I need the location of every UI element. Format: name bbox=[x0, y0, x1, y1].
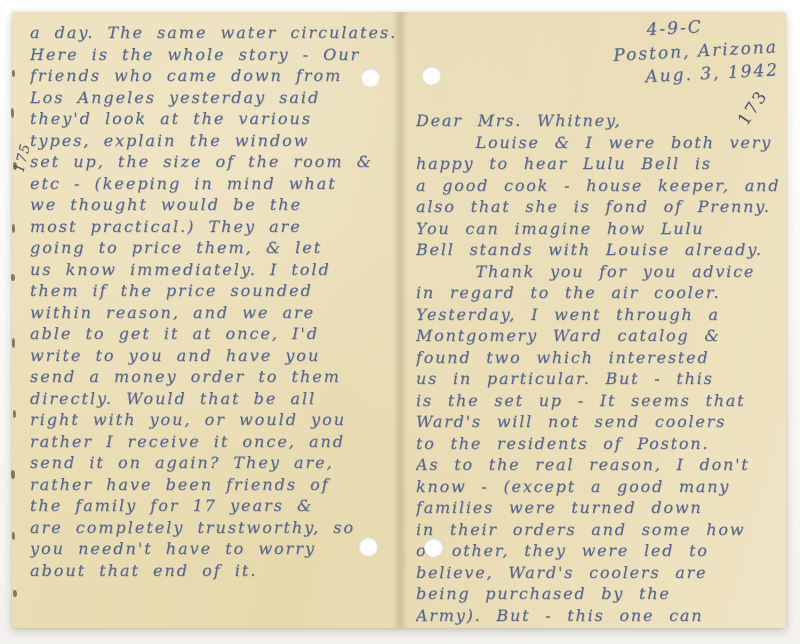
handwritten-line: set up, the size of the room & bbox=[30, 151, 394, 173]
handwritten-line: we thought would be the bbox=[30, 194, 394, 216]
handwritten-line: types, explain the window bbox=[30, 130, 394, 152]
handwritten-line: know - (except a good many bbox=[416, 476, 788, 498]
torn-edge-speck bbox=[12, 70, 15, 77]
left-page-text: a day. The same water circulates.Here is… bbox=[30, 22, 394, 588]
handwritten-line: families were turned down bbox=[416, 497, 788, 519]
right-page-text: Dear Mrs. Whitney, Louise & I were both … bbox=[416, 110, 788, 628]
handwritten-line: also that she is fond of Prenny. bbox=[416, 196, 788, 218]
handwritten-line: You can imagine how Lulu bbox=[416, 218, 788, 240]
handwritten-line: you needn't have to worry bbox=[30, 538, 394, 560]
handwritten-line: Bell stands with Louise already. bbox=[416, 239, 788, 261]
handwritten-line: is the set up - It seems that bbox=[416, 390, 788, 412]
handwritten-line: send a money order to them bbox=[30, 366, 394, 388]
hole-punch bbox=[361, 68, 380, 87]
handwritten-line: Ward's will not send coolers bbox=[416, 411, 788, 433]
handwritten-line: Montgomery Ward catalog & bbox=[416, 325, 788, 347]
handwritten-line: within reason, and we are bbox=[30, 302, 394, 324]
handwritten-line: able to get it at once, I'd bbox=[30, 323, 394, 345]
handwritten-line: about that end of it. bbox=[30, 560, 394, 582]
handwritten-line: are completely trustworthy, so bbox=[30, 517, 394, 539]
torn-edge-speck bbox=[11, 108, 14, 118]
handwritten-line: write to you and have you bbox=[30, 345, 394, 367]
page-fold bbox=[393, 12, 407, 628]
handwritten-line: Dear Mrs. Whitney, bbox=[416, 110, 788, 132]
handwritten-line: friends who came down from bbox=[30, 65, 394, 87]
torn-edge-speck bbox=[12, 532, 15, 540]
torn-edge-speck bbox=[12, 224, 15, 233]
handwritten-line: happy to hear Lulu Bell is bbox=[416, 153, 788, 175]
torn-edge-speck bbox=[11, 470, 15, 479]
letter-heading: 4-9-CPoston, ArizonaAug. 3, 1942 bbox=[558, 12, 779, 94]
handwritten-line: Yesterday, I went through a bbox=[416, 304, 788, 326]
handwritten-line: send it on again? They are, bbox=[30, 452, 394, 474]
handwritten-line: rather have been friends of bbox=[30, 474, 394, 496]
handwritten-line: Louise & I were both very bbox=[416, 132, 788, 154]
torn-edge-speck bbox=[12, 338, 15, 348]
handwritten-line: them if the price sounded bbox=[30, 280, 394, 302]
torn-edge-speck bbox=[13, 410, 16, 418]
handwritten-line: Thank you for you advice bbox=[416, 261, 788, 283]
handwritten-line: a good cook - house keeper, and bbox=[416, 175, 788, 197]
handwritten-line: the family for 17 years & bbox=[30, 495, 394, 517]
handwritten-line: Here is the whole story - Our bbox=[30, 44, 394, 66]
handwritten-line: Army). But - this one can bbox=[416, 605, 788, 627]
handwritten-line: As to the real reason, I don't bbox=[416, 454, 788, 476]
handwritten-line: they'd look at the various bbox=[30, 108, 394, 130]
handwritten-line: right with you, or would you bbox=[30, 409, 394, 431]
handwritten-line: in their orders and some how bbox=[416, 519, 788, 541]
hole-punch bbox=[424, 538, 443, 557]
handwritten-line: going to price them, & let bbox=[30, 237, 394, 259]
handwritten-line: most practical.) They are bbox=[30, 216, 394, 238]
handwritten-line: a day. The same water circulates. bbox=[30, 22, 394, 44]
hole-punch bbox=[359, 537, 378, 556]
handwritten-line: in regard to the air cooler. bbox=[416, 282, 788, 304]
torn-edge-speck bbox=[11, 274, 15, 281]
handwritten-line: found two which interested bbox=[416, 347, 788, 369]
hole-punch bbox=[422, 66, 441, 85]
torn-edge-speck bbox=[13, 590, 17, 597]
scan-background: a day. The same water circulates.Here is… bbox=[0, 0, 800, 644]
handwritten-line: or other, they were led to bbox=[416, 540, 788, 562]
handwritten-line: directly. Would that be all bbox=[30, 388, 394, 410]
handwritten-line: Los Angeles yesterday said bbox=[30, 87, 394, 109]
handwritten-line: being purchased by the bbox=[416, 583, 788, 605]
handwritten-line: to the residents of Poston. bbox=[416, 433, 788, 455]
handwritten-line: etc - (keeping in mind what bbox=[30, 173, 394, 195]
handwritten-line: us know immediately. I told bbox=[30, 259, 394, 281]
handwritten-line: rather I receive it once, and bbox=[30, 431, 394, 453]
handwritten-line: us in particular. But - this bbox=[416, 368, 788, 390]
handwritten-line: believe, Ward's coolers are bbox=[416, 562, 788, 584]
letter-sheet: a day. The same water circulates.Here is… bbox=[12, 12, 786, 628]
